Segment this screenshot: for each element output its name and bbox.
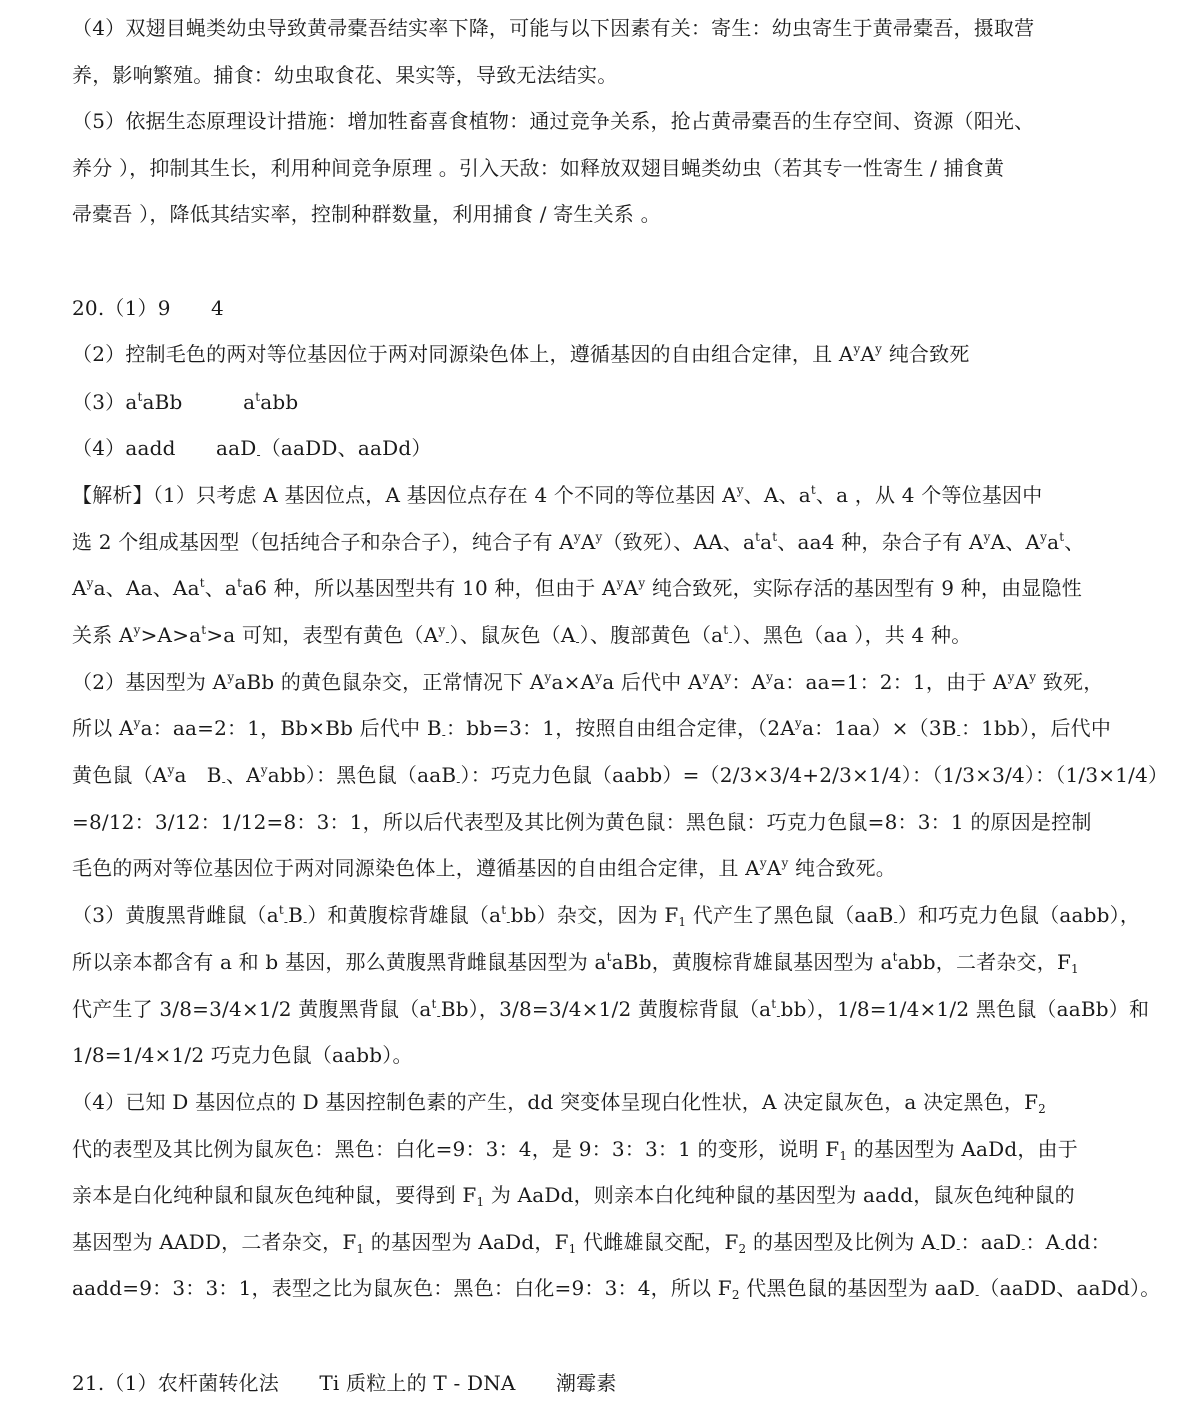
- text-run: 养，影响繁殖。捕食：幼虫取食花、果实等，导致无法结实。: [72, 63, 617, 87]
- text-run: 代产生了黑色鼠（aaB: [686, 903, 893, 927]
- text-run: dd：: [1065, 1230, 1111, 1254]
- text-run: B: [288, 903, 303, 927]
- text-run: 亲本是白化纯种鼠和鼠灰色纯种鼠，要得到 F: [72, 1183, 476, 1207]
- text-run: A: [861, 342, 876, 366]
- text-run: （4）双翅目蝇类幼虫导致黄帚橐吾结实率下降，可能与以下因素有关：寄生：幼虫寄生于…: [72, 16, 1034, 40]
- superscript: y: [795, 716, 802, 730]
- text-run: a: [760, 530, 772, 554]
- text-line: 代的表型及其比例为鼠灰色：黑色：白化=9：3：4，是 9：3：3：1 的变形，说…: [72, 1135, 1078, 1163]
- text-line: 亲本是白化纯种鼠和鼠灰色纯种鼠，要得到 F1 为 AaDd，则亲本白化纯种鼠的基…: [72, 1181, 1075, 1209]
- text-run: （3）a: [72, 390, 137, 414]
- text-run: （2）基因型为 A: [72, 670, 227, 694]
- text-run: aBb 的黄色鼠杂交，正常情况下 A: [234, 670, 544, 694]
- text-line: （2）基因型为 AyaBb 的黄色鼠杂交，正常情况下 Aya×Aya 后代中 A…: [72, 668, 1103, 696]
- text-line: 养分 ），抑制其生长，利用种间竞争原理 。引入天敌：如释放双翅目蝇类幼虫（若其专…: [72, 154, 1004, 182]
- text-run: a6 种，所以基因型共有 10 种，但由于 A: [242, 576, 617, 600]
- text-run: 纯合致死。: [788, 856, 896, 880]
- text-line: 帚橐吾 ），降低其结实率，控制种群数量，利用捕食 / 寄生关系 。: [72, 200, 661, 228]
- text-run: A: [1015, 670, 1030, 694]
- text-run: A: [624, 576, 639, 600]
- text-line: （4）已知 D 基因位点的 D 基因控制色素的产生，dd 突变体呈现白化性状，A…: [72, 1088, 1046, 1116]
- text-line: aadd=9：3：3：1，表型之比为鼠灰色：黑色：白化=9：3：4，所以 F2 …: [72, 1274, 1160, 1302]
- text-run: A、A: [991, 530, 1041, 554]
- text-run: 黄色鼠（A: [72, 763, 167, 787]
- text-run: ：1bb），后代中: [961, 716, 1111, 740]
- text-run: （致死）、AA、a: [602, 530, 755, 554]
- text-line: 【解析】（1）只考虑 A 基因位点，A 基因位点存在 4 个不同的等位基因 Ay…: [72, 481, 1042, 509]
- text-run: 、A、a: [744, 483, 811, 507]
- text-run: 、: [1064, 530, 1084, 554]
- superscript: y: [261, 763, 268, 777]
- text-run: 关系 A: [72, 623, 134, 647]
- text-line: 关系 Ay>A>at>a 可知，表型有黄色（Ay-）、鼠灰色（A-）、腹部黄色（…: [72, 621, 971, 649]
- text-line: （3）ataBb atabb: [72, 388, 298, 416]
- text-run: 20.（1）9 4: [72, 296, 224, 320]
- text-run: 【解析】（1）只考虑 A 基因位点，A 基因位点存在 4 个不同的等位基因 A: [72, 483, 737, 507]
- text-run: 为 AaDd，则亲本白化纯种鼠的基因型为 aadd，鼠灰色纯种鼠的: [484, 1183, 1075, 1207]
- text-run: A: [581, 530, 596, 554]
- text-run: a、Aa、Aa: [94, 576, 200, 600]
- text-run: ：A: [731, 670, 766, 694]
- text-run: 致死，: [1036, 670, 1103, 694]
- text-run: ）和黄腹棕背雄鼠（a: [307, 903, 501, 927]
- text-run: aBb，黄腹棕背雄鼠基因型为 a: [612, 950, 893, 974]
- text-run: 代黑色鼠的基因型为 aaD: [740, 1276, 975, 1300]
- text-line: =8/12：3/12：1/12=8：3：1，所以后代表型及其比例为黄色鼠：黑色鼠…: [72, 808, 1092, 836]
- text-line: 所以 Aya：aa=2：1，Bb×Bb 后代中 B-：bb=3：1，按照自由组合…: [72, 714, 1111, 742]
- text-run: 所以 A: [72, 716, 134, 740]
- superscript: y: [1008, 670, 1015, 684]
- text-line: 基因型为 AADD，二者杂交，F1 的基因型为 AaDd，F1 代雌雄鼠交配，F…: [72, 1228, 1111, 1256]
- text-run: 的基因型及比例为 A: [746, 1230, 935, 1254]
- subscript: 2: [1038, 1102, 1046, 1116]
- text-run: 代产生了 3/8=3/4×1/2 黄腹黑背鼠（a: [72, 997, 432, 1021]
- text-run: aadd=9：3：3：1，表型之比为鼠灰色：黑色：白化=9：3：4，所以 F: [72, 1276, 732, 1300]
- text-run: abb）：黑色鼠（aaB: [268, 763, 456, 787]
- text-run: 21.（1）农杆菌转化法 Ti 质粒上的 T - DNA 潮霉素: [72, 1371, 617, 1395]
- text-run: ：A: [1025, 1230, 1060, 1254]
- text-run: >A>a: [141, 623, 202, 647]
- subscript: 1: [569, 1242, 577, 1256]
- text-line: 代产生了 3/8=3/4×1/2 黄腹黑背鼠（at-Bb），3/8=3/4×1/…: [72, 995, 1149, 1023]
- text-run: ：bb=3：1，按照自由组合定律，（2A: [446, 716, 795, 740]
- text-run: 选 2 个组成基因型（包括纯合子和杂合子），纯合子有 A: [72, 530, 574, 554]
- text-run: D: [940, 1230, 956, 1254]
- text-run: 纯合致死，实际存活的基因型有 9 种，由显隐性: [645, 576, 1082, 600]
- text-run: 的基因型为 AaDd，F: [364, 1230, 568, 1254]
- text-run: a 后代中 A: [602, 670, 702, 694]
- text-run: 帚橐吾 ），降低其结实率，控制种群数量，利用捕食 / 寄生关系 。: [72, 202, 661, 226]
- superscript: y: [854, 342, 861, 356]
- text-run: Bb），3/8=3/4×1/2 黄腹棕背鼠（a: [441, 997, 771, 1021]
- text-run: aBb a: [142, 390, 255, 414]
- text-run: 1/8=1/4×1/2 巧克力色鼠（aabb）。: [72, 1043, 413, 1067]
- text-run: 的基因型为 AaDd，由于: [847, 1137, 1078, 1161]
- text-run: abb: [260, 390, 298, 414]
- text-run: 纯合致死: [882, 342, 969, 366]
- text-run: a：1aa）×（3B: [802, 716, 957, 740]
- superscript: y: [760, 856, 767, 870]
- text-run: （5）依据生态原理设计措施：增加牲畜喜食植物：通过竞争关系，抢占黄帚橐吾的生存空…: [72, 109, 1034, 133]
- text-line: （4）aadd aaD-（aaDD、aaDd）: [72, 434, 432, 462]
- superscript: y: [617, 576, 624, 590]
- text-run: 基因型为 AADD，二者杂交，F: [72, 1230, 356, 1254]
- text-run: ：aaD: [961, 1230, 1022, 1254]
- text-run: 、A: [226, 763, 261, 787]
- text-run: abb，二者杂交，F: [898, 950, 1071, 974]
- text-line: （3）黄腹黑背雌鼠（at-B-）和黄腹棕背雄鼠（at-bb）杂交，因为 F1 代…: [72, 901, 1140, 929]
- text-line: （5）依据生态原理设计措施：增加牲畜喜食植物：通过竞争关系，抢占黄帚橐吾的生存空…: [72, 107, 1034, 135]
- superscript: y: [737, 483, 744, 497]
- subscript: 2: [732, 1288, 740, 1302]
- text-run: A: [710, 670, 725, 694]
- text-run: 、aa4 种，杂合子有 A: [777, 530, 983, 554]
- text-line: 21.（1）农杆菌转化法 Ti 质粒上的 T - DNA 潮霉素: [72, 1369, 617, 1397]
- text-run: ）、腹部黄色（a: [580, 623, 724, 647]
- superscript: y: [87, 576, 94, 590]
- text-line: Aya、Aa、Aat、ata6 种，所以基因型共有 10 种，但由于 AyAy …: [72, 574, 1082, 602]
- text-run: （3）黄腹黑背雌鼠（a: [72, 903, 279, 927]
- subscript: 1: [1071, 962, 1079, 976]
- text-line: 所以亲本都含有 a 和 b 基因，那么黄腹黑背雌鼠基因型为 ataBb，黄腹棕背…: [72, 948, 1079, 976]
- text-run: a×A: [551, 670, 595, 694]
- text-run: ）：巧克力色鼠（aabb）=（2/3×3/4+2/3×1/4）：（1/3×3/4…: [461, 763, 1169, 787]
- text-run: （aaDD、aaDd）。: [979, 1276, 1160, 1300]
- text-run: 、a ，从 4 个等位基因中: [816, 483, 1043, 507]
- superscript: y: [984, 530, 991, 544]
- document-page: （4）双翅目蝇类幼虫导致黄帚橐吾结实率下降，可能与以下因素有关：寄生：幼虫寄生于…: [0, 0, 1190, 1405]
- text-run: 毛色的两对等位基因位于两对同源染色体上，遵循基因的自由组合定律，且 A: [72, 856, 760, 880]
- text-line: （2）控制毛色的两对等位基因位于两对同源染色体上，遵循基因的自由组合定律，且 A…: [72, 340, 970, 368]
- text-run: a: [1047, 530, 1059, 554]
- text-run: bb）杂交，因为 F: [511, 903, 679, 927]
- text-line: 黄色鼠（Aya B-、Ayabb）：黑色鼠（aaB-）：巧克力色鼠（aabb）=…: [72, 761, 1168, 789]
- text-run: 代雌雄鼠交配，F: [577, 1230, 739, 1254]
- text-run: A: [72, 576, 87, 600]
- text-run: a：aa=2：1，Bb×Bb 后代中 B: [141, 716, 442, 740]
- superscript: y: [574, 530, 581, 544]
- text-run: bb），1/8=1/4×1/2 黑色鼠（aaBb）和: [781, 997, 1150, 1021]
- text-line: 养，影响繁殖。捕食：幼虫取食花、果实等，导致无法结实。: [72, 61, 617, 89]
- text-line: 毛色的两对等位基因位于两对同源染色体上，遵循基因的自由组合定律，且 AyAy 纯…: [72, 854, 896, 882]
- text-run: a B: [174, 763, 221, 787]
- text-run: ）和巧克力色鼠（aabb），: [898, 903, 1140, 927]
- text-run: （aaDD、aaDd）: [261, 436, 432, 460]
- text-run: A: [767, 856, 782, 880]
- superscript: y: [134, 623, 141, 637]
- text-run: 、a: [205, 576, 237, 600]
- superscript: y: [134, 716, 141, 730]
- text-run: ）、黑色（aa ），共 4 种。: [733, 623, 972, 647]
- text-run: 养分 ），抑制其生长，利用种间竞争原理 。引入天敌：如释放双翅目蝇类幼虫（若其专…: [72, 156, 1004, 180]
- text-run: 所以亲本都含有 a 和 b 基因，那么黄腹黑背雌鼠基因型为 a: [72, 950, 607, 974]
- text-run: =8/12：3/12：1/12=8：3：1，所以后代表型及其比例为黄色鼠：黑色鼠…: [72, 810, 1092, 834]
- text-run: （2）控制毛色的两对等位基因位于两对同源染色体上，遵循基因的自由组合定律，且 A: [72, 342, 854, 366]
- text-run: 代的表型及其比例为鼠灰色：黑色：白化=9：3：4，是 9：3：3：1 的变形，说…: [72, 1137, 839, 1161]
- text-line: 20.（1）9 4: [72, 294, 224, 322]
- text-run: >a 可知，表型有黄色（A: [206, 623, 438, 647]
- text-run: a：aa=1：2：1，由于 A: [773, 670, 1008, 694]
- text-line: 选 2 个组成基因型（包括纯合子和杂合子），纯合子有 AyAy（致死）、AA、a…: [72, 528, 1084, 556]
- text-line: 1/8=1/4×1/2 巧克力色鼠（aabb）。: [72, 1041, 413, 1069]
- text-run: ）、鼠灰色（A: [450, 623, 576, 647]
- text-run: （4）已知 D 基因位点的 D 基因控制色素的产生，dd 突变体呈现白化性状，A…: [72, 1090, 1038, 1114]
- superscript: y: [703, 670, 710, 684]
- text-run: （4）aadd aaD: [72, 436, 256, 460]
- text-line: （4）双翅目蝇类幼虫导致黄帚橐吾结实率下降，可能与以下因素有关：寄生：幼虫寄生于…: [72, 14, 1034, 42]
